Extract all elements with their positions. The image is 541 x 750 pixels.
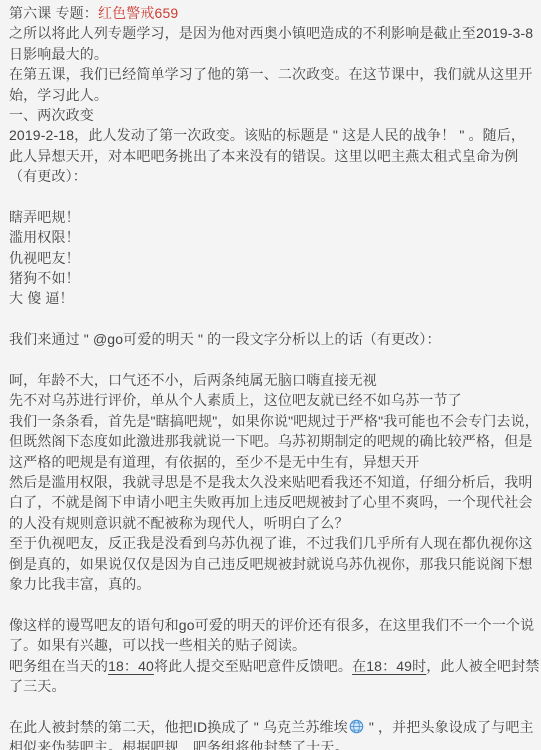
text-segment: 我们来通过 " @go可爱的明天 " 的一段文字分析以上的话（有更改）： xyxy=(9,331,441,347)
text-line: 在此人被封禁的第二天，他把ID换成了 " 乌克兰苏维埃 " ，并把头象设成了与吧… xyxy=(9,717,537,737)
text-segment: 瞎弄吧规！ xyxy=(9,209,80,225)
text-segment: 第六课 专题： xyxy=(9,5,98,21)
text-segment: 日影响最大的。 xyxy=(9,46,108,62)
text-line: 猪狗不如！ xyxy=(9,268,537,288)
text-line: 的人没有规则意识就不配被称为现代人，听明白了么？ xyxy=(9,513,537,533)
text-segment: 在第五课，我们已经简单学习了他的第一、二次政变。在这节课中，我们就从这里开 xyxy=(9,66,533,82)
text-segment: 了三天。 xyxy=(9,678,66,694)
text-line: 此人异想天开，对本吧吧务挑出了本来没有的错误。这里以吧主燕太租式皇命为例 xyxy=(9,146,537,166)
text-line: 然后是滥用权限，我就寻思是不是我太久没来贴吧看我还不知道，仔细分析后，我明 xyxy=(9,472,537,492)
text-segment: 这严格的吧规是有道理，有依据的，至少不是无中生有，异想天开 xyxy=(9,454,419,470)
text-line: （有更改）： xyxy=(9,166,537,186)
text-line: 大 傻 逼！ xyxy=(9,288,537,308)
text-segment: ，此人被全吧封禁 xyxy=(426,658,539,674)
text-segment: 相似来伪装吧主。根据吧规，吧务组将他封禁了十天。 xyxy=(9,739,349,750)
text-line: 了。如果有兴趣，可以找一些相关的贴子阅读。 xyxy=(9,635,537,655)
text-line: 第六课 专题：红色警戒659 xyxy=(9,3,537,23)
time-link[interactable]: 在18：49时 xyxy=(352,658,426,674)
text-segment: 呵，年龄不大，口气还不小，后两条纯属无脑口嗨直接无视 xyxy=(9,372,377,388)
blank-line xyxy=(9,696,537,716)
text-line: 至于仇视吧友，反正我是没看到乌苏仇视了谁，不过我们几乎所有人现在都仇视你这 xyxy=(9,533,537,553)
text-line: 了三天。 xyxy=(9,676,537,696)
text-segment: 之所以将此人列专题学习，是因为他对西奥小镇吧造成的不利影响是截止至2019-3-… xyxy=(9,25,533,41)
text-segment: 先不对乌苏进行评价，单从个人素质上，这位吧友就已经不如乌苏一节了 xyxy=(9,392,462,408)
text-segment: 象力比我丰富，真的。 xyxy=(9,576,151,592)
text-segment: " ，并把头象设成了与吧主 xyxy=(365,719,534,735)
text-segment: 至于仇视吧友，反正我是没看到乌苏仇视了谁，不过我们几乎所有人现在都仇视你这 xyxy=(9,535,533,551)
text-line: 相似来伪装吧主。根据吧规，吧务组将他封禁了十天。 xyxy=(9,737,537,750)
text-line: 之所以将此人列专题学习，是因为他对西奥小镇吧造成的不利影响是截止至2019-3-… xyxy=(9,23,537,43)
text-line: 我们来通过 " @go可爱的明天 " 的一段文字分析以上的话（有更改）： xyxy=(9,329,537,349)
text-line: 吧务组在当天的18：40将此人提交至贴吧意件反馈吧。在18：49时，此人被全吧封… xyxy=(9,656,537,676)
text-segment: 的人没有规则意识就不配被称为现代人，听明白了么？ xyxy=(9,515,349,531)
text-segment: 猪狗不如！ xyxy=(9,270,80,286)
text-segment: 倒是真的，如果说仅仅是因为自己违反吧规被封就说乌苏仇视你，那我只能说阁下想 xyxy=(9,556,533,572)
text-line: 象力比我丰富，真的。 xyxy=(9,574,537,594)
text-segment: 2019-2-18，此人发动了第一次政变。该贴的标题是 " 这是人民的战争！ "… xyxy=(9,127,525,143)
text-line: 先不对乌苏进行评价，单从个人素质上，这位吧友就已经不如乌苏一节了 xyxy=(9,390,537,410)
time-link[interactable]: 18：40 xyxy=(108,658,154,674)
blank-line xyxy=(9,187,537,207)
text-line: 仇视吧友！ xyxy=(9,248,537,268)
blank-line xyxy=(9,350,537,370)
note-document: 第六课 专题：红色警戒659之所以将此人列专题学习，是因为他对西奥小镇吧造成的不… xyxy=(0,0,541,750)
text-segment: 吧务组在当天的 xyxy=(9,658,108,674)
text-segment: 始，学习此人。 xyxy=(9,87,108,103)
text-line: 滥用权限！ xyxy=(9,227,537,247)
text-line: 2019-2-18，此人发动了第一次政变。该贴的标题是 " 这是人民的战争！ "… xyxy=(9,125,537,145)
text-segment: 像这样的谩骂吧友的语句和go可爱的明天的评价还有很多，在这里我们不一个一个说 xyxy=(9,617,534,633)
text-line: 但既然阁下态度如此激进那我就说一下吧。乌苏初期制定的吧规的确比较严格，但是 xyxy=(9,431,537,451)
text-line: 呵，年龄不大，口气还不小，后两条纯属无脑口嗨直接无视 xyxy=(9,370,537,390)
text-segment: 大 傻 逼！ xyxy=(9,290,74,306)
highlighted-red-text: 红色警戒659 xyxy=(98,5,178,21)
text-segment: 白了，不就是阁下申请小吧主失败再加上违反吧规被封了心里不爽吗，一个现代社会 xyxy=(9,494,533,510)
globe-with-meridians-icon xyxy=(349,719,364,734)
text-line: 这严格的吧规是有道理，有依据的，至少不是无中生有，异想天开 xyxy=(9,452,537,472)
blank-line xyxy=(9,309,537,329)
text-segment: 然后是滥用权限，我就寻思是不是我太久没来贴吧看我还不知道，仔细分析后，我明 xyxy=(9,474,533,490)
text-line: 像这样的谩骂吧友的语句和go可爱的明天的评价还有很多，在这里我们不一个一个说 xyxy=(9,615,537,635)
blank-line xyxy=(9,594,537,614)
text-segment: 在此人被封禁的第二天，他把ID换成了 " 乌克兰苏维埃 xyxy=(9,719,348,735)
text-line: 倒是真的，如果说仅仅是因为自己违反吧规被封就说乌苏仇视你，那我只能说阁下想 xyxy=(9,554,537,574)
text-segment: 一、两次政变 xyxy=(9,107,94,123)
text-line: 我们一条条看，首先是"瞎搞吧规"，如果你说"吧规过于严格"我可能也不会专门去说， xyxy=(9,411,537,431)
text-segment: （有更改）： xyxy=(9,168,87,184)
text-segment: 我们一条条看，首先是"瞎搞吧规"，如果你说"吧规过于严格"我可能也不会专门去说， xyxy=(9,413,539,429)
text-line: 日影响最大的。 xyxy=(9,44,537,64)
text-segment: 了。如果有兴趣，可以找一些相关的贴子阅读。 xyxy=(9,637,306,653)
text-line: 一、两次政变 xyxy=(9,105,537,125)
text-segment: 此人异想天开，对本吧吧务挑出了本来没有的错误。这里以吧主燕太租式皇命为例 xyxy=(9,148,518,164)
text-line: 白了，不就是阁下申请小吧主失败再加上违反吧规被封了心里不爽吗，一个现代社会 xyxy=(9,492,537,512)
text-line: 瞎弄吧规！ xyxy=(9,207,537,227)
text-segment: 滥用权限！ xyxy=(9,229,80,245)
text-line: 始，学习此人。 xyxy=(9,85,537,105)
text-segment: 仇视吧友！ xyxy=(9,250,80,266)
text-segment: 将此人提交至贴吧意件反馈吧。 xyxy=(154,658,352,674)
text-line: 在第五课，我们已经简单学习了他的第一、二次政变。在这节课中，我们就从这里开 xyxy=(9,64,537,84)
text-segment: 但既然阁下态度如此激进那我就说一下吧。乌苏初期制定的吧规的确比较严格，但是 xyxy=(9,433,533,449)
